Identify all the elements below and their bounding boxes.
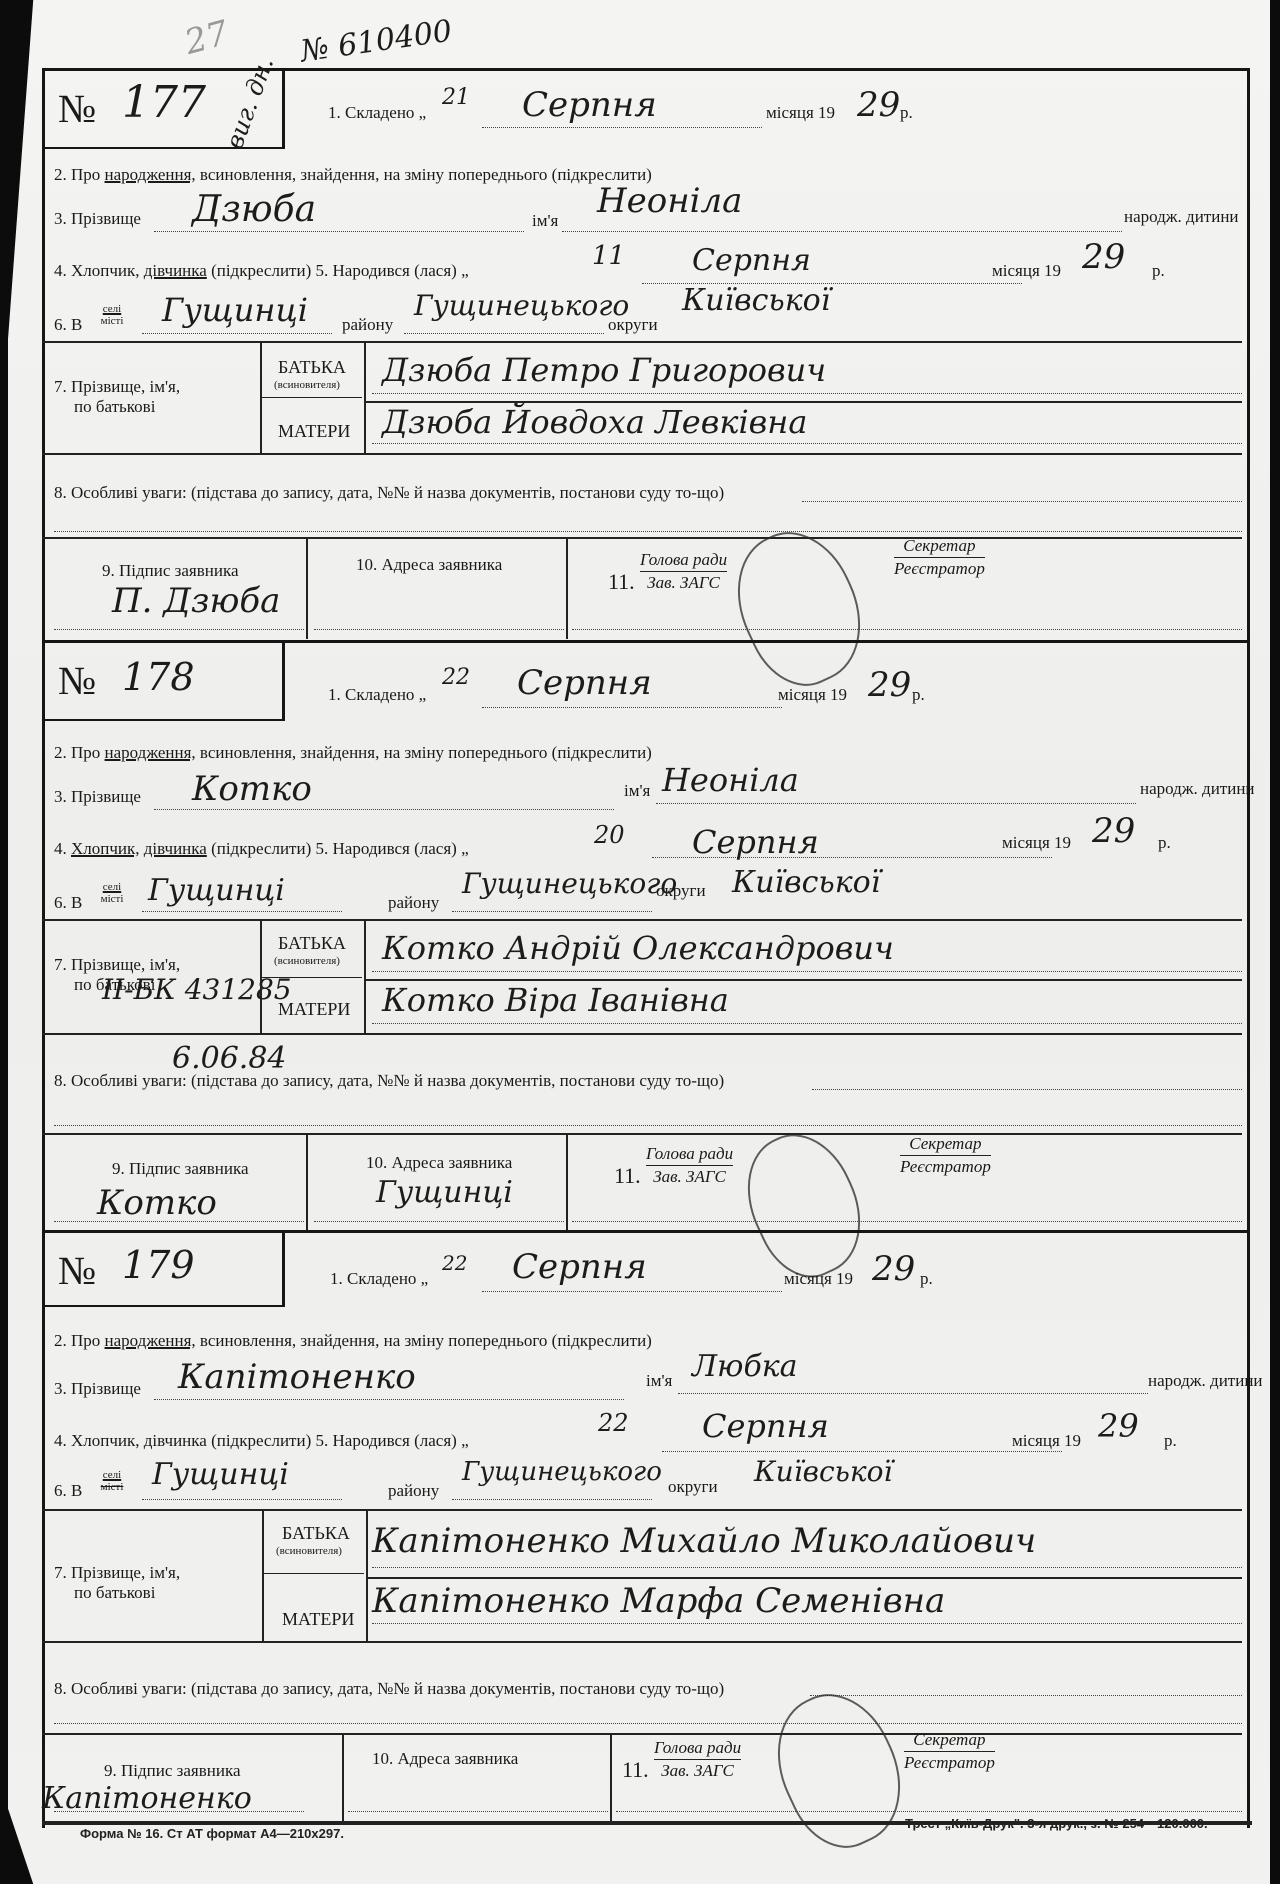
place: Гущинці (152, 1457, 289, 1492)
sex-girl-underlined: дівчинка (144, 839, 207, 858)
record-number-box: № 179 (42, 1233, 285, 1307)
father-name: Капітоненко Михайло Миколайович (372, 1521, 1036, 1561)
child-name: Неоніла (662, 761, 799, 799)
born-day: 20 (594, 821, 625, 849)
region: Київської (732, 865, 880, 900)
compiled-year: 29 (868, 665, 911, 705)
applicant-address: Гущинці (376, 1175, 513, 1210)
applicant-signature: Котко (97, 1183, 217, 1223)
compiled-month: Серпня (517, 663, 652, 703)
record-178: № 178 1. Складено „ 22 Серпня місяця 19 … (42, 640, 1247, 1233)
compiled-month: Серпня (512, 1247, 647, 1287)
place: Гущинці (162, 291, 308, 329)
born-year: 29 (1098, 1407, 1139, 1445)
born-day: 11 (592, 241, 625, 271)
child-name: Любка (692, 1349, 798, 1384)
born-year: 29 (1082, 237, 1125, 277)
event-birth-underlined: народження, (105, 165, 196, 184)
record-number: 179 (122, 1243, 195, 1287)
born-month: Серпня (692, 823, 819, 861)
child-name: Неоніла (597, 181, 742, 221)
printer-info: Трест „Київ-Друк". 3-я друк., з. № 254—1… (905, 1816, 1208, 1831)
sex-girl-underlined: дівчинка (144, 261, 207, 280)
compiled-month: Серпня (522, 85, 657, 125)
region: Київської (754, 1455, 892, 1488)
born-day: 22 (598, 1409, 629, 1437)
mother-name: Капітоненко Марфа Семенівна (372, 1581, 945, 1621)
record-number: 178 (122, 655, 195, 699)
region: Київської (682, 283, 830, 318)
record-number-note: виг. дн. (220, 53, 279, 152)
child-surname: Капітоненко (178, 1357, 416, 1397)
child-surname: Дзюба (192, 189, 316, 230)
number-label: № (58, 85, 96, 132)
record-179: № 179 1. Складено „ 22 Серпня місяця 19 … (42, 1230, 1247, 1823)
applicant-signature: П. Дзюба (112, 581, 280, 621)
child-surname: Котко (192, 769, 312, 809)
compiled-day: 21 (442, 85, 470, 110)
compiled-year: 29 (857, 85, 900, 125)
compiled-day: 22 (442, 1251, 467, 1275)
record-number-box: № 178 (42, 643, 285, 721)
district: Гущинецького (414, 289, 629, 322)
mother-name: Дзюба Йовдоха Левківна (382, 403, 807, 441)
born-month: Серпня (692, 243, 811, 278)
mother-name: Котко Віра Іванівна (382, 981, 729, 1019)
record-177: № 177 виг. дн. 1. Складено „ 21 Серпня м… (42, 68, 1247, 643)
notes-date: 6.06.84 (172, 1041, 287, 1076)
place: Гущинці (148, 873, 285, 908)
village-underlined: селі (94, 303, 130, 315)
born-month: Серпня (702, 1407, 829, 1445)
record-number-box: № 177 виг. дн. (42, 71, 285, 149)
father-name: Котко Андрій Олександрович (382, 929, 894, 967)
notes-label: 8. Особливі уваги: (підстава до запису, … (54, 483, 724, 503)
father-name: Дзюба Петро Григорович (382, 351, 826, 389)
compiled-year: 29 (872, 1249, 915, 1289)
district: Гущинецького (462, 1457, 662, 1487)
born-year: 29 (1092, 811, 1135, 851)
form-info: Форма № 16. Ст АТ формат А4—210х297. (80, 1826, 344, 1841)
record-number: 177 (122, 77, 206, 128)
district: Гущинецького (462, 867, 677, 900)
month-year-label: місяця 19 (766, 103, 835, 123)
event-type-line: 2. Про народження, всиновлення, знайденн… (54, 165, 652, 185)
compiled-label: 1. Складено „ (328, 103, 426, 123)
compiled-day: 22 (442, 665, 470, 690)
